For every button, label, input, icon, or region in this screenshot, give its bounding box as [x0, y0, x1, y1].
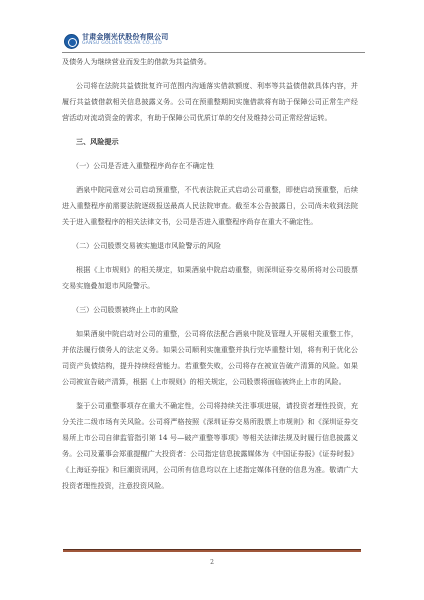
header-divider: [62, 52, 365, 53]
paragraph-continuation: 及债务人为继续营业而发生的借款为共益债务。: [62, 54, 358, 70]
company-logo-icon: [64, 34, 79, 49]
paragraph-loan-details: 公司将在法院共益债批复许可范围内沟通落实借款额度、利率等共益债借款具体内容，并履…: [62, 78, 358, 126]
paragraph-closing-notice: 鉴于公司重整事项存在重大不确定性，公司将持续关注事项进展，请投资者理性投资，充分…: [62, 398, 358, 494]
page-header: 甘肃金刚光伏股份有限公司 GANSU GOLDEN SOLAR CO.,LTD: [64, 33, 354, 53]
paragraph-delisting-warning: 根据《上市规则》的相关规定，如果酒泉中院启动重整，则深圳证券交易所将对公司股票交…: [62, 262, 358, 294]
page-number: 2: [206, 559, 218, 566]
subheading-delisting-warning: （二）公司股票交易被实施退市风险警示的风险: [62, 238, 358, 254]
document-page: 甘肃金刚光伏股份有限公司 GANSU GOLDEN SOLAR CO.,LTD …: [0, 0, 424, 600]
footer-divider: [63, 549, 361, 552]
paragraph-termination-risk: 如果酒泉中院启动对公司的重整，公司将依法配合酒泉中院及管理人开展相关重整工作，并…: [62, 326, 358, 390]
document-body: 及债务人为继续营业而发生的借款为共益债务。 公司将在法院共益债批复许可范围内沟通…: [62, 54, 358, 494]
paragraph-reorganization-uncertainty: 酒泉中院同意对公司启动预重整，不代表法院正式启动公司重整，即使启动预重整，后续进…: [62, 182, 358, 230]
company-name-en: GANSU GOLDEN SOLAR CO.,LTD: [82, 41, 162, 47]
subheading-reorganization-uncertainty: （一）公司是否进入重整程序尚存在不确定性: [62, 158, 358, 174]
section-heading-risk: 三、风险提示: [62, 134, 358, 150]
company-name-cn: 甘肃金刚光伏股份有限公司: [82, 32, 168, 41]
subheading-termination-risk: （三）公司股票被终止上市的风险: [62, 302, 358, 318]
